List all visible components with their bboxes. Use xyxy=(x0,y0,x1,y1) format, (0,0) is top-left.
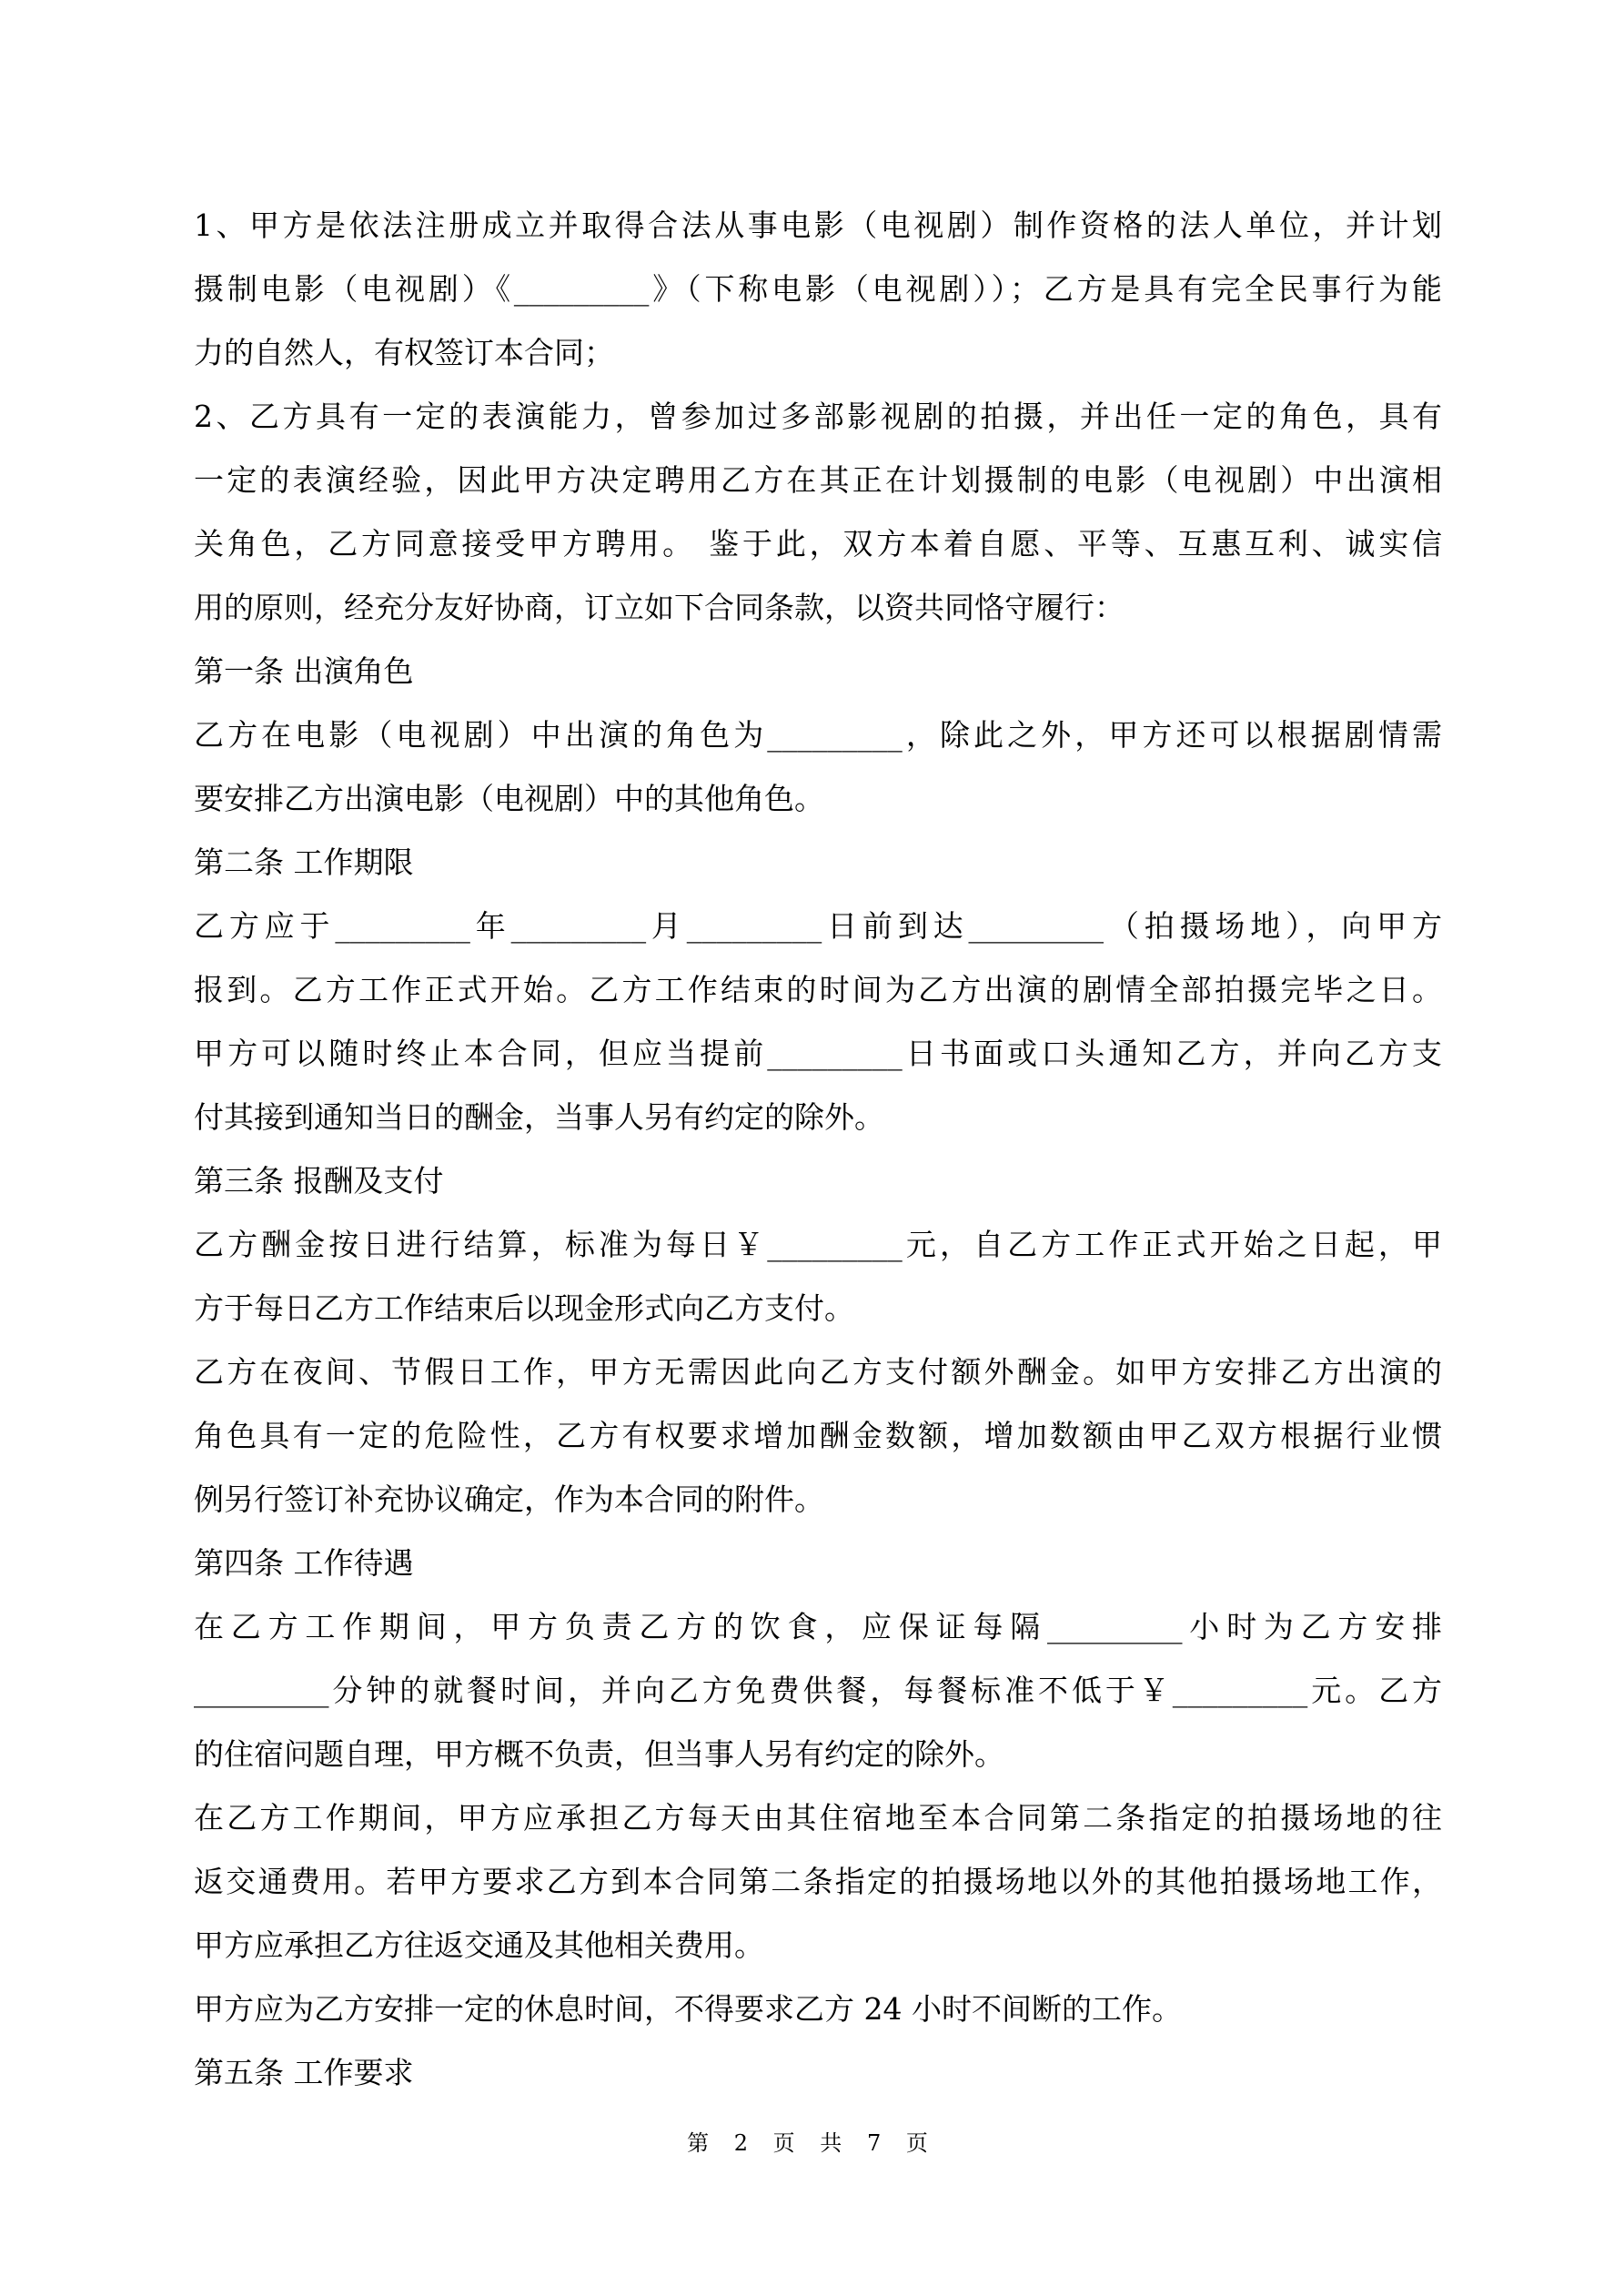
article-3-line-3: 乙方在夜间、节假日工作，甲方无需因此向乙方支付额外酬金。如甲方安排乙方出演的 xyxy=(194,1340,1442,1404)
article-4-line-3: 的住宿问题自理，甲方概不负责，但当事人另有约定的除外。 xyxy=(194,1723,1442,1786)
clause-intro-2-line-2: 一定的表演经验，因此甲方决定聘用乙方在其正在计划摄制的电影（电视剧）中出演相 xyxy=(194,449,1442,512)
article-1-line-2: 要安排乙方出演电影（电视剧）中的其他角色。 xyxy=(194,767,1442,831)
article-2-heading: 第二条 工作期限 xyxy=(194,831,1442,895)
article-4-heading: 第四条 工作待遇 xyxy=(194,1532,1442,1595)
article-1-line-1: 乙方在电影（电视剧）中出演的角色为_________，除此之外，甲方还可以根据剧… xyxy=(194,703,1442,767)
page-number-footer: 第 2 页 共 7 页 xyxy=(0,2127,1624,2159)
clause-intro-2-line-1: 2、乙方具有一定的表演能力，曾参加过多部影视剧的拍摄，并出任一定的角色，具有 xyxy=(194,385,1442,449)
article-3-line-4: 角色具有一定的危险性，乙方有权要求增加酬金数额，增加数额由甲乙双方根据行业惯 xyxy=(194,1404,1442,1468)
document-page: 1、甲方是依法注册成立并取得合法从事电影（电视剧）制作资格的法人单位，并计划 摄… xyxy=(0,0,1624,2296)
article-3-heading: 第三条 报酬及支付 xyxy=(194,1149,1442,1213)
clause-intro-1-line-1: 1、甲方是依法注册成立并取得合法从事电影（电视剧）制作资格的法人单位，并计划 xyxy=(194,194,1442,258)
article-3-line-5: 例另行签订补充协议确定，作为本合同的附件。 xyxy=(194,1468,1442,1532)
article-2-line-2: 报到。乙方工作正式开始。乙方工作结束的时间为乙方出演的剧情全部拍摄完毕之日。 xyxy=(194,958,1442,1022)
article-1-heading: 第一条 出演角色 xyxy=(194,640,1442,703)
article-4-line-5: 返交通费用。若甲方要求乙方到本合同第二条指定的拍摄场地以外的其他拍摄场地工作， xyxy=(194,1850,1442,1914)
contract-body: 1、甲方是依法注册成立并取得合法从事电影（电视剧）制作资格的法人单位，并计划 摄… xyxy=(194,194,1442,2105)
article-4-line-1: 在乙方工作期间，甲方负责乙方的饮食，应保证每隔_________小时为乙方安排 xyxy=(194,1595,1442,1659)
clause-intro-2-line-4: 用的原则，经充分友好协商，订立如下合同条款，以资共同恪守履行： xyxy=(194,576,1442,640)
article-3-line-2: 方于每日乙方工作结束后以现金形式向乙方支付。 xyxy=(194,1277,1442,1340)
article-4-line-6: 甲方应承担乙方往返交通及其他相关费用。 xyxy=(194,1914,1442,1977)
clause-intro-1-line-3: 力的自然人，有权签订本合同； xyxy=(194,321,1442,385)
article-2-line-1: 乙方应于_________年_________月_________日前到达___… xyxy=(194,895,1442,958)
article-2-line-4: 付其接到通知当日的酬金，当事人另有约定的除外。 xyxy=(194,1086,1442,1149)
article-4-line-7: 甲方应为乙方安排一定的休息时间，不得要求乙方 24 小时不间断的工作。 xyxy=(194,1977,1442,2041)
clause-intro-1-line-2: 摄制电影（电视剧）《_________》（下称电影（电视剧））；乙方是具有完全民… xyxy=(194,258,1442,321)
article-2-line-3: 甲方可以随时终止本合同，但应当提前_________日书面或口头通知乙方，并向乙… xyxy=(194,1022,1442,1086)
clause-intro-2-line-3: 关角色，乙方同意接受甲方聘用。 鉴于此，双方本着自愿、平等、互惠互利、诚实信 xyxy=(194,512,1442,576)
article-5-heading: 第五条 工作要求 xyxy=(194,2041,1442,2105)
article-4-line-4: 在乙方工作期间，甲方应承担乙方每天由其住宿地至本合同第二条指定的拍摄场地的往 xyxy=(194,1786,1442,1850)
article-3-line-1: 乙方酬金按日进行结算，标准为每日￥_________元，自乙方工作正式开始之日起… xyxy=(194,1213,1442,1277)
article-4-line-2: _________分钟的就餐时间，并向乙方免费供餐，每餐标准不低于￥______… xyxy=(194,1659,1442,1723)
